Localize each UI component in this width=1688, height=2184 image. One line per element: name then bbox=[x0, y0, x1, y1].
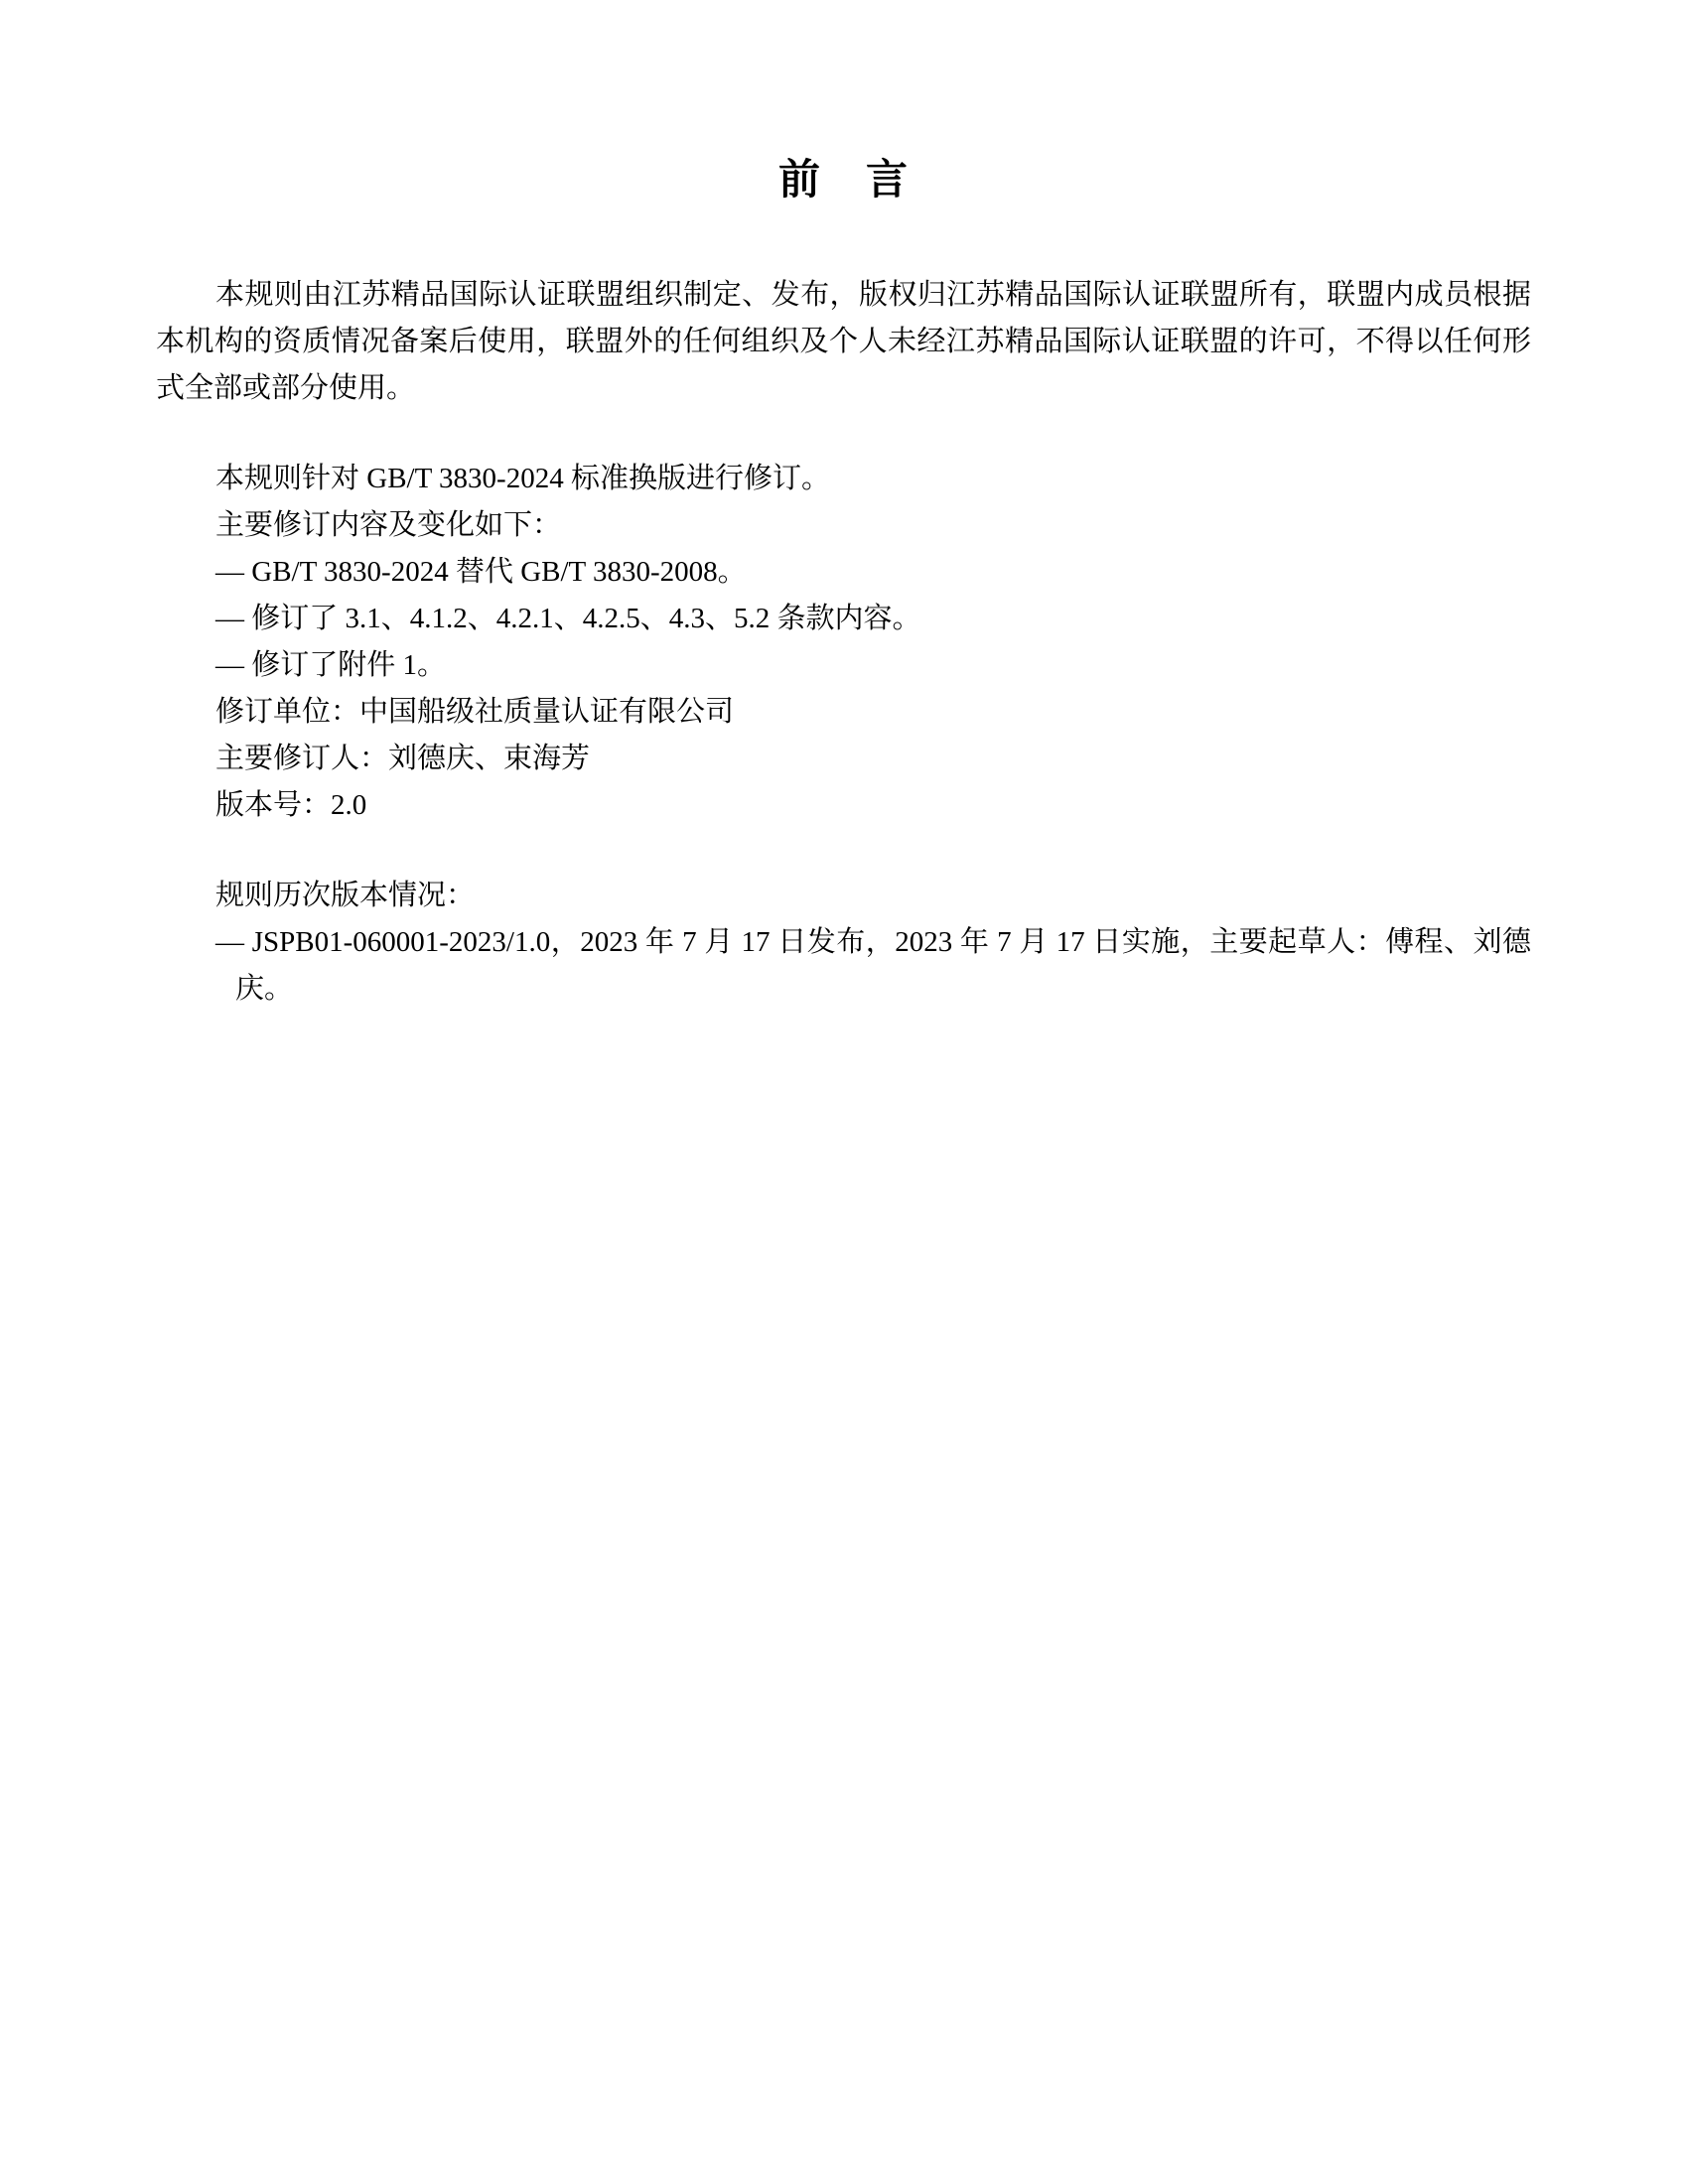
revision-intro-line: 本规则针对 GB/T 3830-2024 标准换版进行修订。 bbox=[156, 456, 1531, 502]
history-item: — JSPB01-060001-2023/1.0，2023 年 7 月 17 日… bbox=[156, 919, 1531, 1013]
changes-heading-line: 主要修订内容及变化如下： bbox=[156, 502, 1531, 549]
document-page: 前 言 本规则由江苏精品国际认证联盟组织制定、发布，版权归江苏精品国际认证联盟所… bbox=[0, 0, 1688, 2184]
revision-authors-line: 主要修订人：刘德庆、束海芳 bbox=[156, 736, 1531, 782]
change-item: — 修订了附件 1。 bbox=[156, 642, 1531, 689]
document-content: 本规则由江苏精品国际认证联盟组织制定、发布，版权归江苏精品国际认证联盟所有，联盟… bbox=[156, 272, 1531, 1013]
page-title: 前 言 bbox=[0, 159, 1688, 203]
revision-unit-line: 修订单位：中国船级社质量认证有限公司 bbox=[156, 689, 1531, 736]
version-line: 版本号：2.0 bbox=[156, 782, 1531, 829]
history-heading-line: 规则历次版本情况： bbox=[156, 873, 1531, 919]
change-item: — GB/T 3830-2024 替代 GB/T 3830-2008。 bbox=[156, 549, 1531, 596]
intro-paragraph: 本规则由江苏精品国际认证联盟组织制定、发布，版权归江苏精品国际认证联盟所有，联盟… bbox=[156, 272, 1531, 412]
change-item: — 修订了 3.1、4.1.2、4.2.1、4.2.5、4.3、5.2 条款内容… bbox=[156, 596, 1531, 642]
